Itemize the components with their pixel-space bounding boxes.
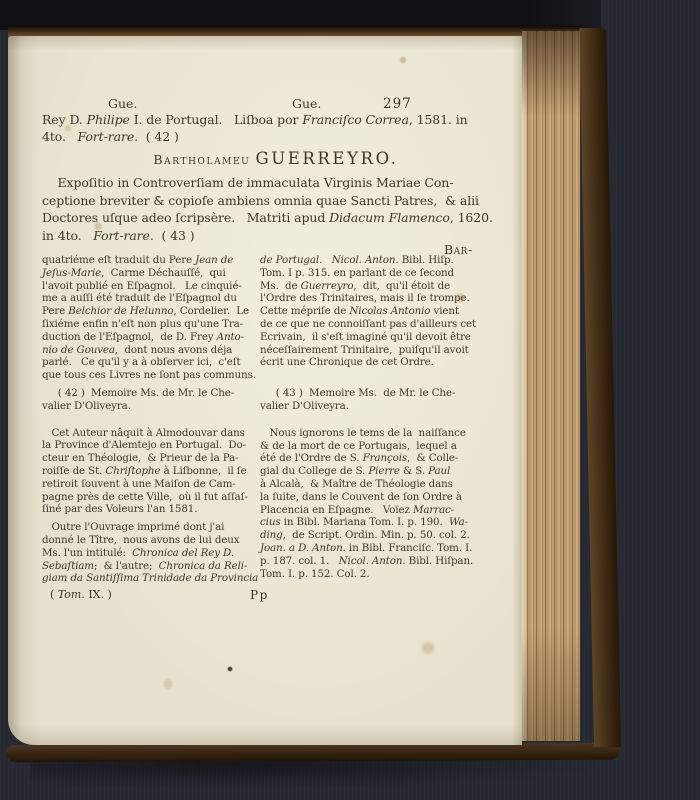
text-line: ( 43 ) Memoire Ms. de Mr. le Che- [260,387,510,400]
text-line: ( 42 ) Memoire Ms. de Mr. le Che- [42,387,248,400]
text-line: pagne près de cette Ville, où il fut aſſ… [42,491,248,504]
text-line: Nous ignorons le tems de la naiſſance [260,427,510,440]
author-surname: GUERREYRO. [255,149,398,168]
book-page: Gue. Gue. 297 Rey D. Philipe I. de Portu… [8,36,522,745]
text-line: Tom. I p. 315. en parlant de ce ſecond [260,267,510,280]
page-number: 297 [383,96,412,112]
book-cover-edge [579,28,621,747]
text-line: à Alcalà, & Maître de Théologie dans [260,478,510,491]
text-line: parlé. Ce qu'il y a à obſerver ici, c'eſ… [42,356,248,369]
text-line: Placencia en Eſpagne. Voïez Marrac- [260,504,510,517]
text-line: Expoſitio in Controverſiam de immaculata… [42,174,493,192]
text-line: ding, de Script. Ordin. Min. p. 50. col.… [260,529,510,542]
note-43: ( 43 ) Memoire Ms. de Mr. le Che-valier … [260,387,510,413]
text-line: Ms. l'un intitulé: Chronica del Rey D. [42,547,248,560]
two-column-notes: quatriéme eſt traduit du Pere Jean deJeſ… [42,254,510,585]
book-bottom-cover-edge [6,743,620,763]
entry-author-heading: Bartholameu GUERREYRO. [42,149,510,168]
text-line: Joan. a D. Anton. in Bibl. Franciſc. Tom… [260,542,510,555]
right-paragraph-biography: Nous ignorons le tems de la naiſſance& d… [260,427,510,581]
photo-background: Gue. Gue. 297 Rey D. Philipe I. de Portu… [0,0,700,800]
right-paragraph-continuation: de Portugal. Nicol. Anton. Bibl. Hiſp.To… [260,254,510,369]
text-line: été de l'Ordre de S. François, & Colle- [260,452,510,465]
text-line: quatriéme eſt traduit du Pere Jean de [42,254,248,267]
signature-mark: Pp [250,588,269,602]
text-line: duction de l'Eſpagnol, de D. Frey Anto- [42,331,248,344]
text-line: Cet Auteur nâquit à Almodouvar dans [42,427,248,440]
text-line: Rey D. Philipe I. de Portugal. Liſboa po… [42,111,468,128]
text-line: Tom. I. p. 152. Col. 2. [260,568,510,581]
running-header: Gue. Gue. 297 [42,96,510,112]
text-line: gial du College de S. Pierre & S. Paul [260,465,510,478]
text-line: & de la mort de ce Portugais, lequel a [260,440,510,453]
text-line: giam da Santiſſima Trinidade da Provinci… [42,572,248,585]
text-line: Doctores uſque adeo ſcripsère. Matriti a… [42,209,493,227]
text-line: retiroit ſouvent à une Maiſon de Cam- [42,478,248,491]
running-title-left: Gue. [108,96,137,111]
text-line: ceptione breviter & copioſe ambiens omni… [42,192,493,210]
text-line: la Province d'Alemtejo en Portugal. Do- [42,439,248,452]
left-column: quatriéme eſt traduit du Pere Jean deJeſ… [42,254,248,585]
text-line: Jeſus-Marie, Carme Déchauſſé, qui [42,267,248,280]
left-paragraph-biography: Cet Auteur nâquit à Almodouvar dansla Pr… [42,427,248,517]
text-line: Sebaſtiam; & l'autre; Chronica da Reli- [42,560,248,573]
text-line: de Portugal. Nicol. Anton. Bibl. Hiſp. [260,254,510,267]
text-line: écrit une Chronique de cet Ordre. [260,356,510,369]
text-line: valier D'Oliveyra. [260,400,510,413]
text-line: 4to. Fort-rare. ( 42 ) [42,128,468,145]
text-line: cteur en Théologie, & Prieur de la Pa- [42,452,248,465]
right-column: de Portugal. Nicol. Anton. Bibl. Hiſp.To… [260,254,510,585]
text-line: Pere Belchior de Helunno, Cordelier. Le [42,305,248,318]
text-line: Outre l'Ouvrage imprimé dont j'ai [42,521,248,534]
text-line: donné le Tître, nous avons de lui deux [42,534,248,547]
left-paragraph-works: Outre l'Ouvrage imprimé dont j'aidonné l… [42,521,248,585]
text-line: Cette mépriſe de Nicolas Antonio vient [260,305,510,318]
text-line: roiſſe de St. Chriſtophe à Liſbonne, il … [42,465,248,478]
text-line: in 4to. Fort-rare. ( 43 ) [42,227,493,245]
text-line: nio de Gouvea, dont nous avons déja [42,344,248,357]
text-line: cius in Bibl. Mariana Tom. I. p. 190. Wa… [260,516,510,529]
author-forename: Bartholameu [153,152,250,167]
text-line: l'Ordre des Trinitaires, mais il ſe trom… [260,292,510,305]
book-fore-edge [522,31,580,741]
text-line: me a auſſi été traduit de l'Eſpagnol du [42,292,248,305]
text-line: Ms. de Guerreyro, dit, qu'il étoit de [260,280,510,293]
text-line: de ce que ne connoiſſant pas d'ailleurs … [260,318,510,331]
text-line: l'avoit publié en Eſpagnol. Le cinquié- [42,280,248,293]
text-line: que tous ces Livres ne ſont pas communs. [42,369,248,382]
text-line: ſiné par des Voleurs l'an 1581. [42,503,248,516]
previous-entry-tail: Rey D. Philipe I. de Portugal. Liſboa po… [42,111,468,145]
text-line: valier D'Oliveyra. [42,400,248,413]
running-title-right: Gue. [292,96,321,111]
text-line: ſixiéme enfin n'eſt non plus qu'une Tra- [42,318,248,331]
text-line: Ecrivain, il s'eſt imaginé qu'il devoit … [260,331,510,344]
text-line: p. 187. col. 1. Nicol. Anton. Bibl. Hiſp… [260,555,510,568]
note-42: ( 42 ) Memoire Ms. de Mr. le Che-valier … [42,387,248,413]
entry-description: Expoſitio in Controverſiam de immaculata… [42,174,493,244]
left-paragraph-continuation: quatriéme eſt traduit du Pere Jean deJeſ… [42,254,248,382]
text-line: néceſſairement Trinitaire, puiſqu'il avo… [260,344,510,357]
text-line: la ſuite, dans le Couvent de ſon Ordre à [260,491,510,504]
page-text-block: Gue. Gue. 297 Rey D. Philipe I. de Portu… [42,96,510,696]
volume-label: ( Tom. IX. ) [50,588,112,601]
